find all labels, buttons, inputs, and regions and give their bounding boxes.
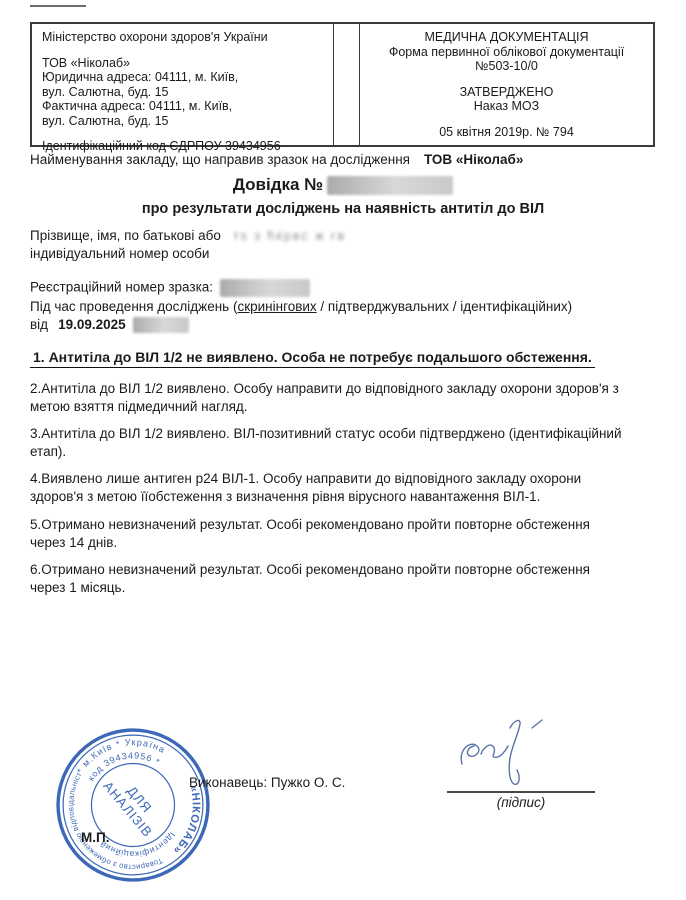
legal-address-line: Юридична адреса: 04111, м. Київ, <box>42 70 323 85</box>
header-left-cell: Міністерство охорони здоров'я України ТО… <box>32 24 334 145</box>
company-round-stamp: * м.Київ * Україна «НІКОЛАБ» * Товариств… <box>54 726 212 884</box>
exam-type-suffix: / підтверджувальних / ідентифікаційних) <box>317 299 573 314</box>
exam-type-prefix: Під час проведення досліджень ( <box>30 299 237 314</box>
executor-line: Виконавець: Пужко О. С. <box>189 775 345 790</box>
scan-artifact-line <box>30 5 86 7</box>
result-item-6-line1: 6.Отримано невизначений результат. Особі… <box>30 561 590 579</box>
sample-number-label: Реєстраційний номер зразка: <box>30 280 213 295</box>
signature-line <box>447 791 595 793</box>
result-item-5-line1: 5.Отримано невизначений результат. Особі… <box>30 516 590 534</box>
redacted-certificate-number <box>327 176 453 195</box>
certificate-subtitle: про результати досліджень на наявність а… <box>0 201 686 217</box>
referring-facility-line: Найменування закладу, що направив зразок… <box>30 152 523 167</box>
result-item-4-line1: 4.Виявлено лише антиген р24 ВІЛ-1. Особу… <box>30 470 581 488</box>
exam-date-line: від19.09.2025 <box>30 317 189 333</box>
result-item-3-line1: 3.Антитіла до ВІЛ 1/2 виявлено. ВІЛ-пози… <box>30 425 622 443</box>
certificate-title: Довідка № <box>233 175 323 195</box>
referring-facility-label: Найменування закладу, що направив зразок… <box>30 152 410 167</box>
exam-type-line: Під час проведення досліджень (скринінго… <box>30 299 572 314</box>
actual-address-line: Фактична адреса: 04111, м. Київ, <box>42 99 323 114</box>
header-table: Міністерство охорони здоров'я України ТО… <box>30 22 655 147</box>
result-item-6-line2: через 1 місяць. <box>30 579 590 597</box>
redacted-sample-number <box>220 279 310 297</box>
result-item-4-line2: здоров'я з метою їїобстеження з визначен… <box>30 488 581 506</box>
svg-text:Ідентифікаційний: Ідентифікаційний <box>98 830 178 859</box>
person-name-label: Прізвище, імя, по батькові або <box>30 228 221 243</box>
result-item-2-line2: метою взяття підмедичний нагляд. <box>30 398 619 416</box>
result-item-5-line2: через 14 днів. <box>30 534 590 552</box>
sample-number-line: Реєстраційний номер зразка: <box>30 279 310 297</box>
result-item-3-line2: етап). <box>30 443 622 461</box>
person-id-label: індивідуальний номер особи <box>30 246 209 261</box>
handwritten-signature <box>448 706 598 796</box>
form-number-line: №503-10/0 <box>370 59 643 74</box>
order-date-line: 05 квітня 2019р. № 794 <box>370 125 643 140</box>
result-item-1-text: 1. Антитіла до ВІЛ 1/2 не виявлено. Особ… <box>30 348 595 368</box>
exam-date-value: 19.09.2025 <box>58 317 126 332</box>
seal-place-mark: М.П. <box>81 830 109 845</box>
actual-address-line2: вул. Салютна, буд. 15 <box>42 114 323 129</box>
header-right-cell: МЕДИЧНА ДОКУМЕНТАЦІЯ Форма первинної обл… <box>360 24 653 145</box>
document-page: Міністерство охорони здоров'я України ТО… <box>0 0 686 900</box>
form-line: Форма первинної облікової документації <box>370 45 643 60</box>
result-item-1: 1. Антитіла до ВІЛ 1/2 не виявлено. Особ… <box>30 348 595 368</box>
redacted-person-name: тѕ з ћќрвс ж гв <box>233 228 438 245</box>
signature-caption: (підпис) <box>447 795 595 810</box>
result-item-4: 4.Виявлено лише антиген р24 ВІЛ-1. Особу… <box>30 470 581 506</box>
company-name-line: ТОВ «Ніколаб» <box>42 56 323 71</box>
exam-type-selected: скринінгових <box>237 299 316 314</box>
legal-address-line2: вул. Салютна, буд. 15 <box>42 85 323 100</box>
medical-doc-line: МЕДИЧНА ДОКУМЕНТАЦІЯ <box>370 30 643 45</box>
header-middle-cell <box>334 24 360 145</box>
order-line: Наказ МОЗ <box>370 99 643 114</box>
person-name-line: Прізвище, імя, по батькові аботѕ з ћќрвс… <box>30 228 438 245</box>
result-item-6: 6.Отримано невизначений результат. Особі… <box>30 561 590 597</box>
redacted-date-extra <box>133 317 189 333</box>
ministry-line: Міністерство охорони здоров'я України <box>42 30 323 45</box>
exam-date-label: від <box>30 317 48 332</box>
result-item-2: 2.Антитіла до ВІЛ 1/2 виявлено. Особу на… <box>30 380 619 416</box>
certificate-title-row: Довідка № <box>0 175 686 195</box>
stamp-id-arc: Ідентифікаційний <box>98 830 178 859</box>
referring-facility-value: ТОВ «Ніколаб» <box>424 152 523 167</box>
result-item-3: 3.Антитіла до ВІЛ 1/2 виявлено. ВІЛ-пози… <box>30 425 622 461</box>
result-item-2-line1: 2.Антитіла до ВІЛ 1/2 виявлено. Особу на… <box>30 380 619 398</box>
result-item-5: 5.Отримано невизначений результат. Особі… <box>30 516 590 552</box>
approved-line: ЗАТВЕРДЖЕНО <box>370 85 643 100</box>
